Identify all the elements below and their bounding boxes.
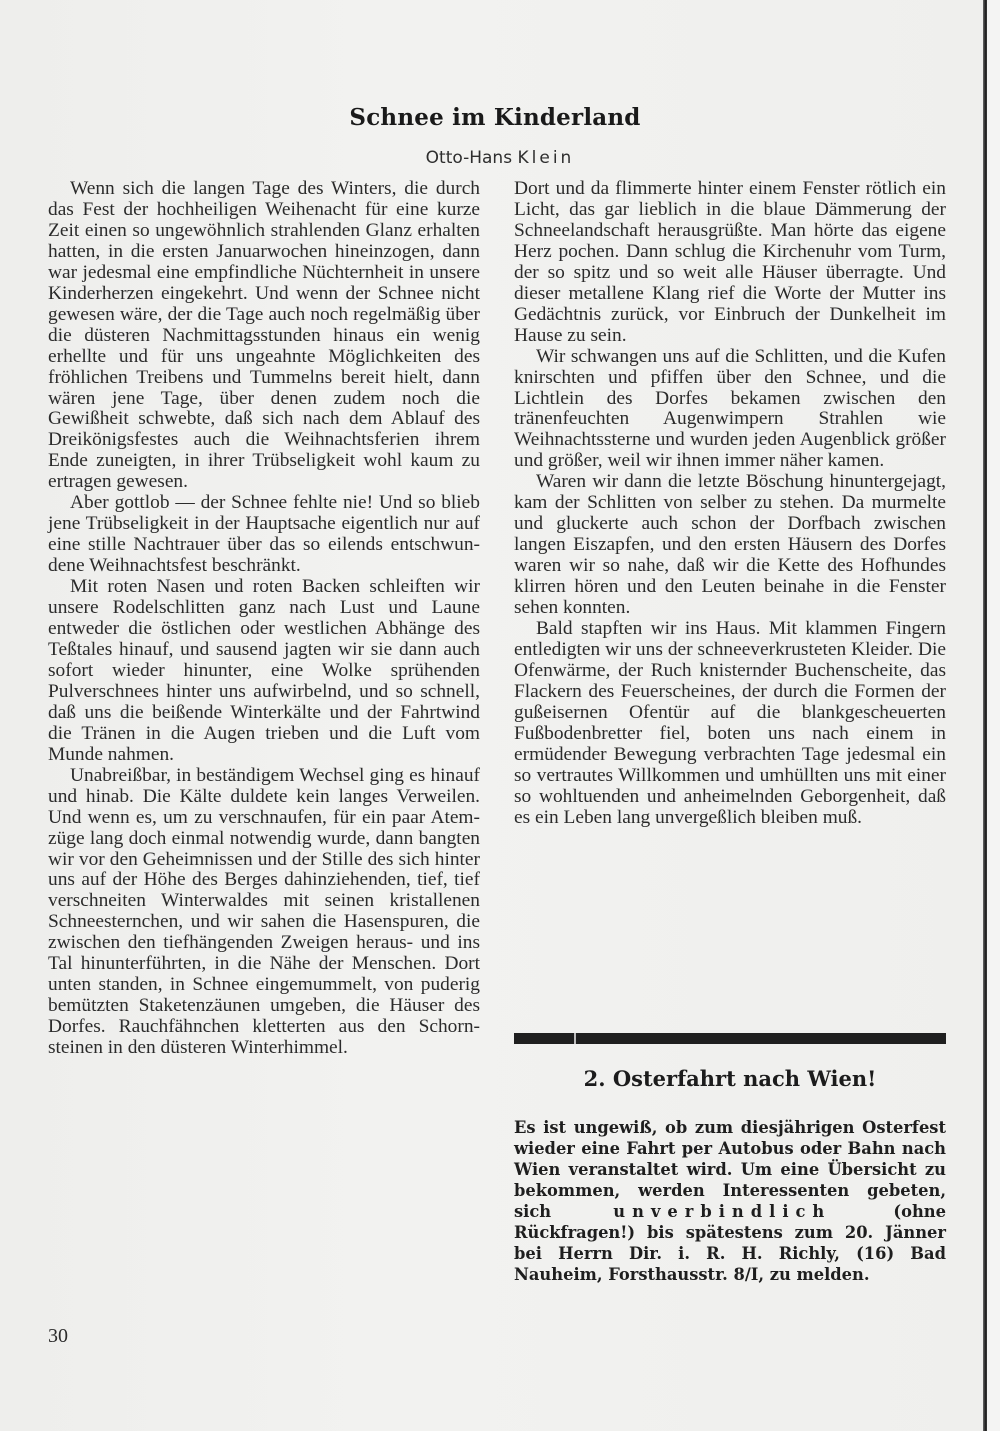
paragraph: Waren wir dann die letzte Böschung hin­u… [514, 472, 946, 619]
notice-title: 2. Osterfahrt nach Wien! [514, 1066, 946, 1091]
paragraph: Mit roten Nasen und roten Backen schleif… [48, 577, 480, 766]
paragraph: Unabreißbar, in beständigem Wechsel ging… [48, 766, 480, 1059]
author-last-name: Klein [517, 148, 574, 168]
paragraph: Wir schwangen uns auf die Schlitten, und… [514, 347, 946, 473]
notice-emphasis: unverbindlich [613, 1202, 831, 1221]
article-right-column: Dort und da flimmerte hinter einem Fen­s… [514, 179, 946, 829]
page-edge-margin [987, 0, 1000, 1431]
paragraph: Dort und da flimmerte hinter einem Fen­s… [514, 179, 946, 347]
notice-body: Es ist ungewiß, ob zum diesjährigen Oste… [514, 1117, 946, 1285]
article-title: Schnee im Kinderland [0, 104, 990, 131]
article-author: Otto-Hans Klein [0, 148, 1000, 168]
paragraph: Wenn sich die langen Tage des Winters, d… [48, 179, 480, 493]
paragraph: Bald stapften wir ins Haus. Mit klam­men… [514, 619, 946, 829]
article-left-column: Wenn sich die langen Tage des Winters, d… [48, 179, 480, 1059]
section-divider-bar [514, 1033, 946, 1044]
author-first-name: Otto-Hans [426, 148, 512, 168]
paragraph: Aber gottlob — der Schnee fehlte nie! Un… [48, 493, 480, 577]
page-number: 30 [48, 1325, 68, 1348]
